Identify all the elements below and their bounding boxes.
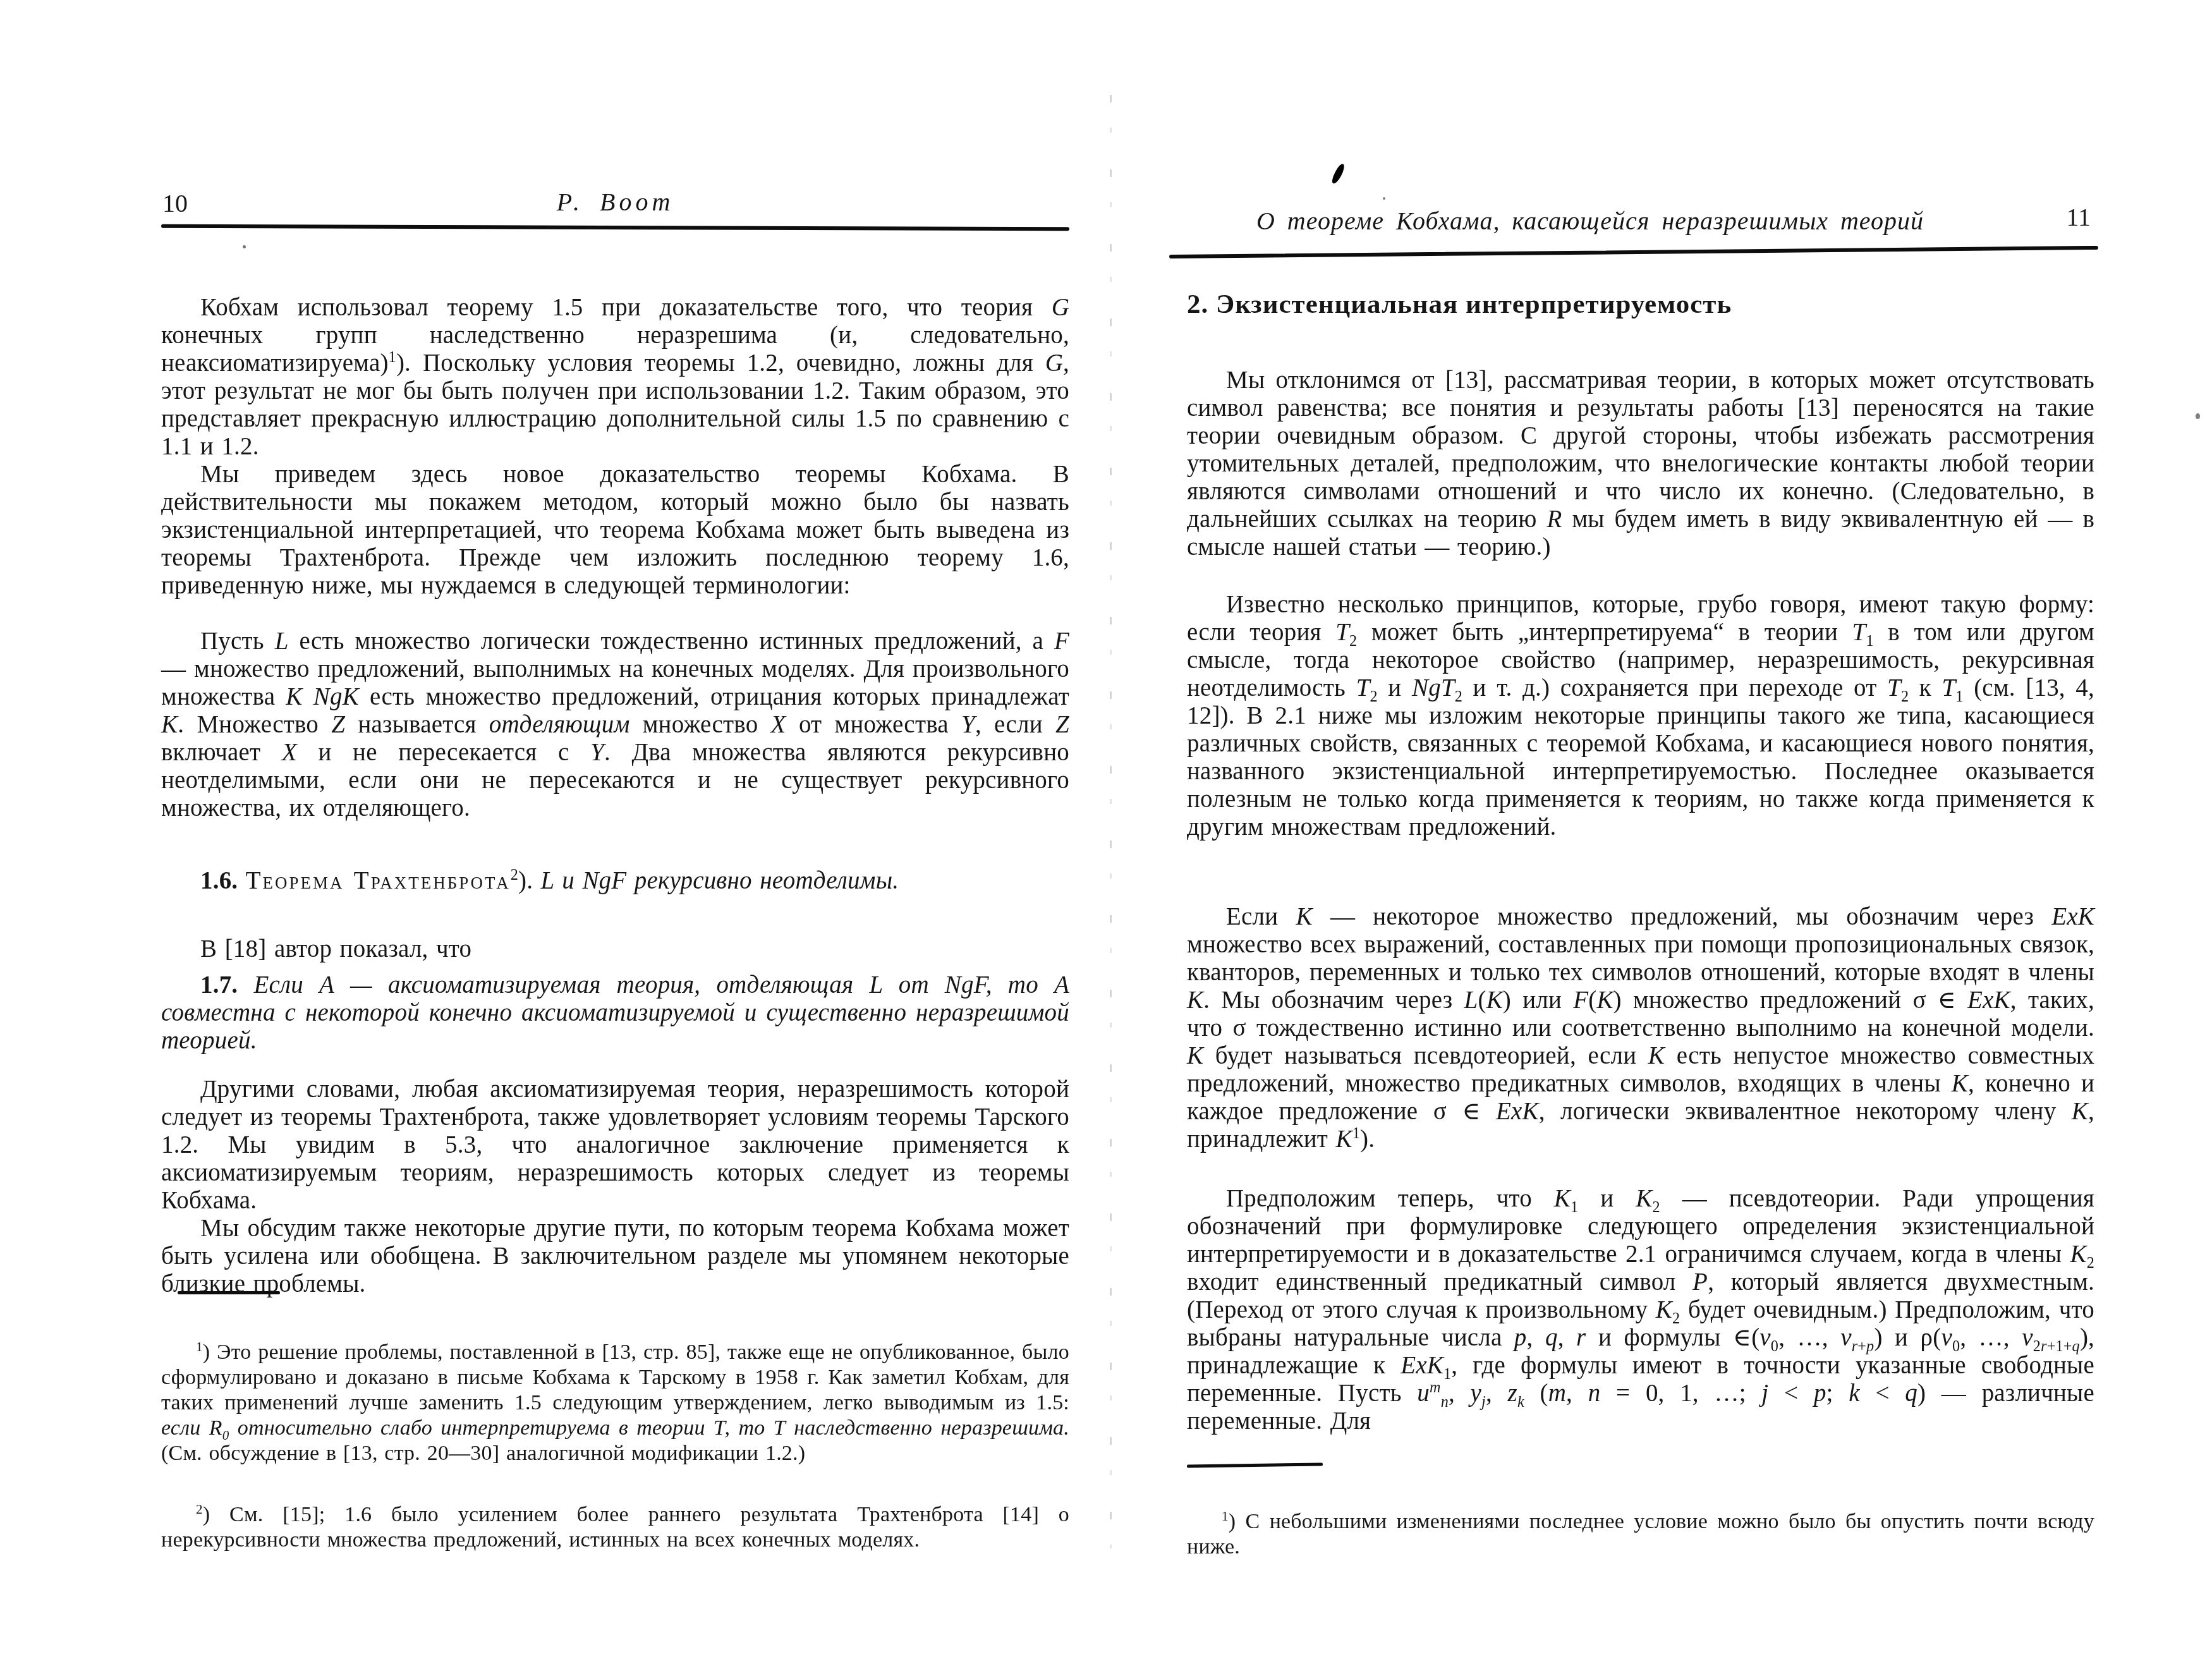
paragraph: Другими словами, любая аксиоматизируемая…: [161, 1076, 1069, 1215]
paragraph: Известно несколько принципов, которые, г…: [1187, 591, 2094, 841]
footnote-rule-left: [178, 1291, 280, 1294]
footnote: 1) Это решение проблемы, поставленной в …: [161, 1340, 1069, 1466]
paragraph: В [18] автор показал, что: [161, 935, 1069, 963]
header-rule-left: [161, 224, 1069, 231]
gutter-fold-line: [1110, 95, 1112, 1548]
scan-speck: [2196, 413, 2200, 419]
theorem-1-6: 1.6. Теорема Трахтенброта2). L и NgF рек…: [161, 867, 1069, 895]
paragraph: Мы приведем здесь новое доказательство т…: [161, 461, 1069, 600]
paragraph: Предположим теперь, что K1 и K2 — псевдо…: [1187, 1185, 2094, 1435]
scanned-book-spread: 10 Р. Воот Кобхам использовал теорему 1.…: [0, 0, 2212, 1659]
section-heading: 2. Экзистенциальная интерпретируемость: [1187, 289, 2094, 320]
page-11: О теореме Кобхама, касающейся неразрешим…: [1187, 0, 2094, 1659]
header-rule-right: [1169, 246, 2098, 258]
running-title-left: Р. Воот: [161, 188, 1069, 216]
ink-mark: [1330, 162, 1347, 185]
paragraph: Пусть L есть множество логически тождест…: [161, 628, 1069, 822]
scan-speck: [243, 245, 246, 248]
running-title-right: О теореме Кобхама, касающейся неразрешим…: [1162, 207, 2019, 235]
paragraph: Мы отклонимся от [13], рассматривая теор…: [1187, 367, 2094, 561]
footnote-rule-right: [1187, 1462, 1323, 1468]
footnote: 2) См. [15]; 1.6 было усилением более ра…: [161, 1502, 1069, 1553]
page-10: 10 Р. Воот Кобхам использовал теорему 1.…: [161, 0, 1069, 1659]
paragraph: Кобхам использовал теорему 1.5 при доказ…: [161, 294, 1069, 461]
scan-speck: [1383, 197, 1385, 200]
footnote: 1) С небольшими изменениями последнее ус…: [1187, 1509, 2094, 1560]
page-number-right: 11: [2066, 204, 2091, 231]
paragraph: Мы обсудим также некоторые другие пути, …: [161, 1215, 1069, 1298]
paragraph: Если K — некоторое множество предложений…: [1187, 903, 2094, 1153]
theorem-1-7: 1.7. Если А — аксиоматизируемая теория, …: [161, 971, 1069, 1055]
